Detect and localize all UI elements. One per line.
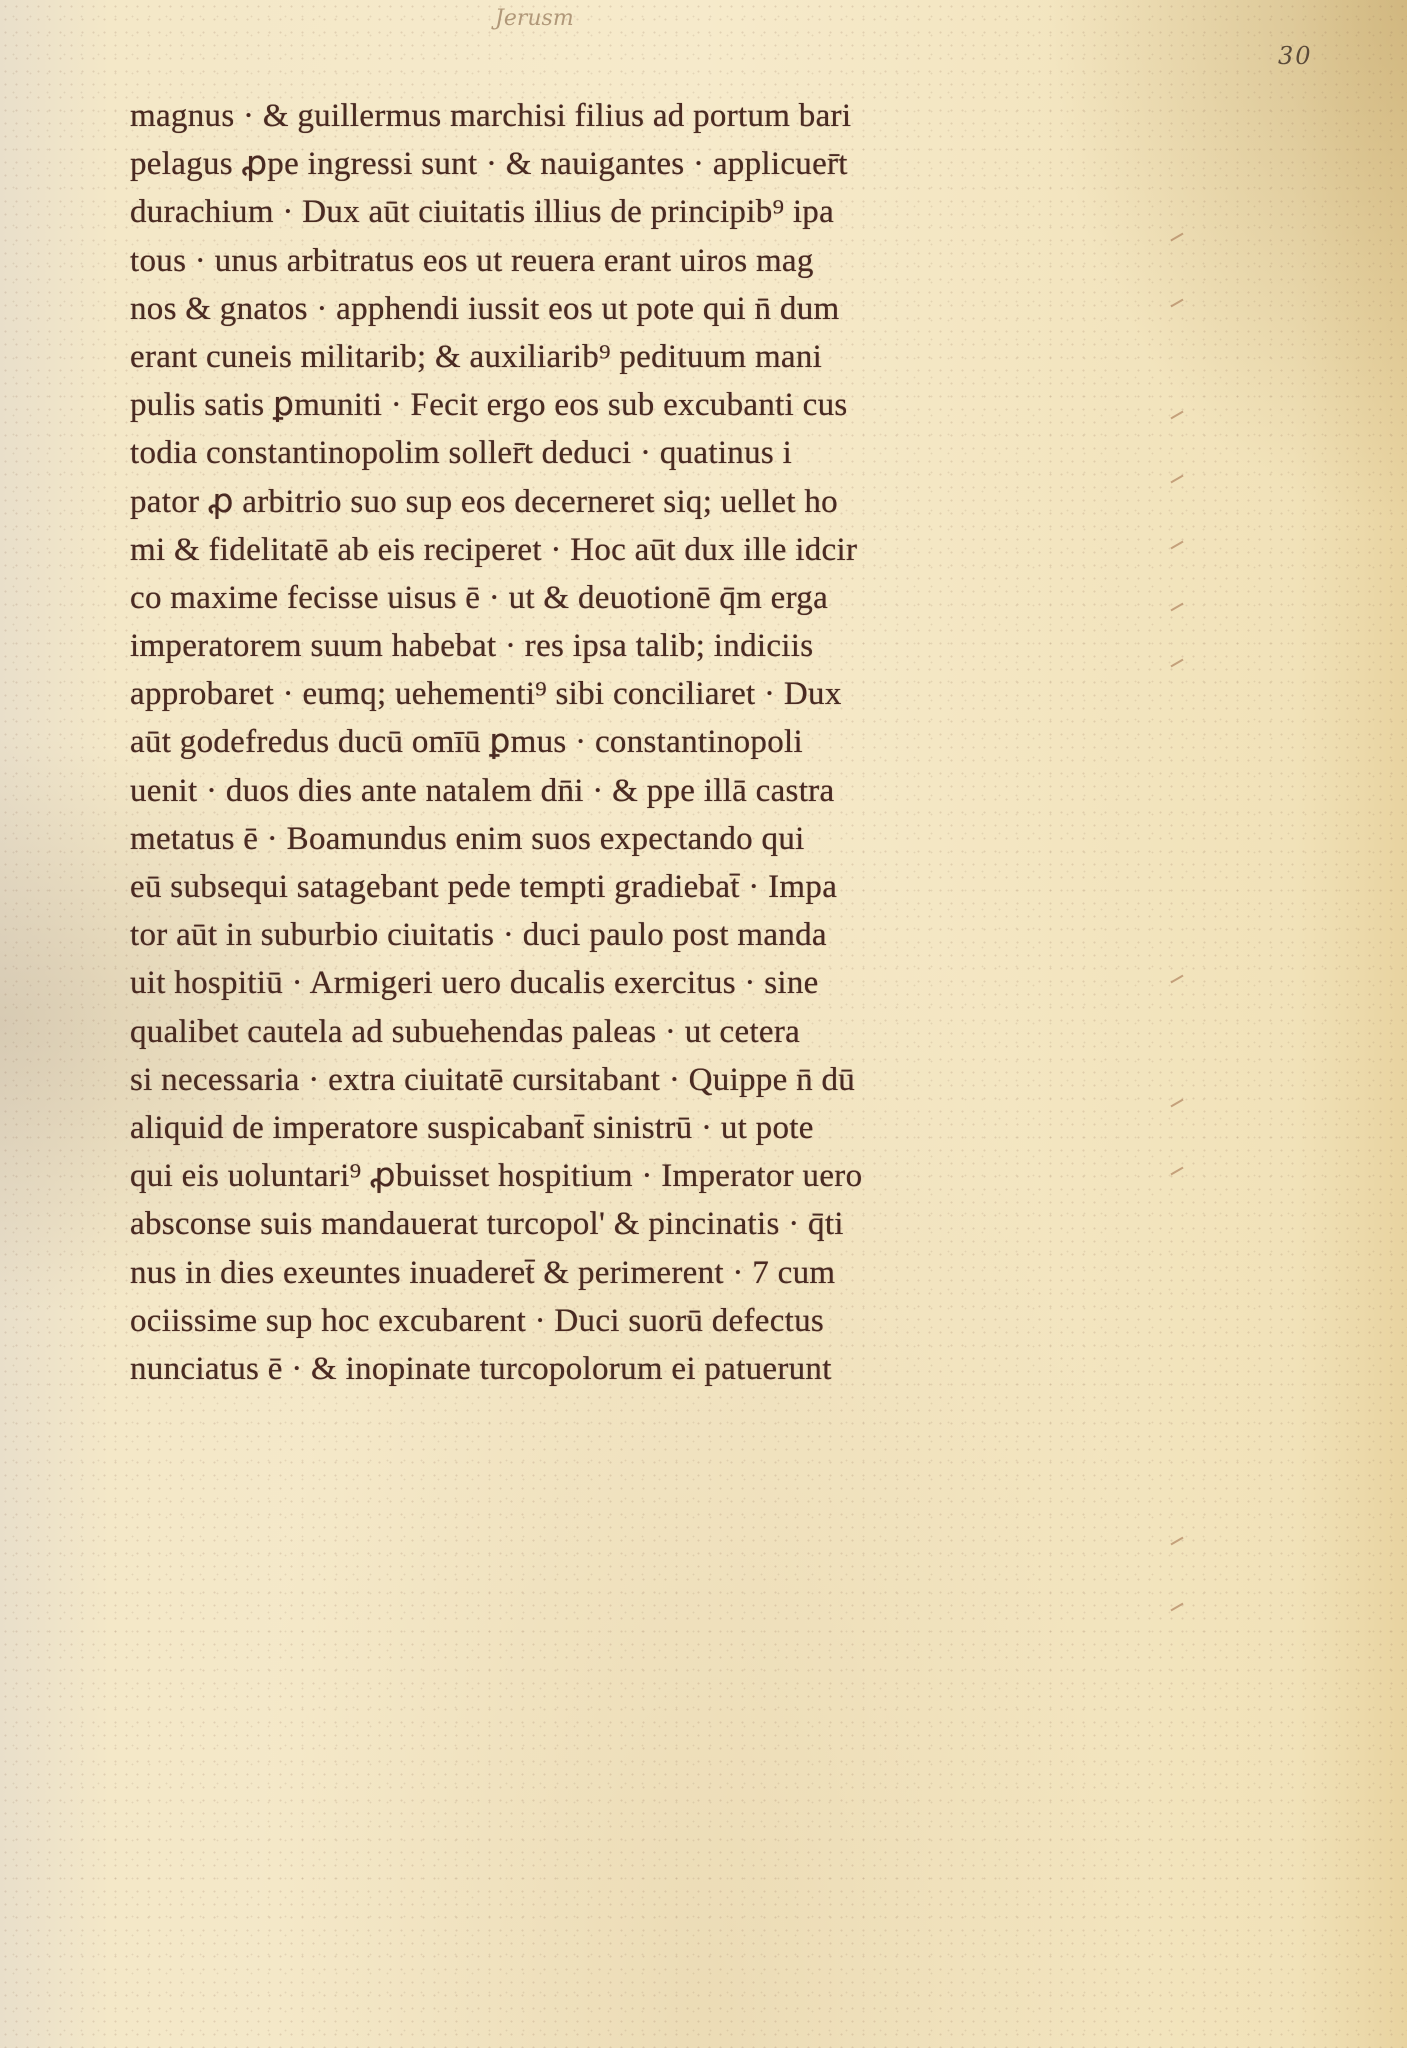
ruling-tick <box>1170 475 1183 484</box>
text-line-26: ociissime sup hoc excubarent · Duci suor… <box>130 1297 1170 1345</box>
ruling-tick <box>1170 233 1183 242</box>
text-line-24: absconse suis mandauerat turcopol' & pin… <box>130 1200 1170 1248</box>
text-line-22: aliquid de imperatore suspicabant̄ sinis… <box>130 1104 1170 1152</box>
text-line-5: nos & gnatos · apphendi iussit eos ut po… <box>130 285 1170 333</box>
text-line-13: approbaret · eumq; uehementi⁹ sibi conci… <box>130 670 1170 718</box>
text-line-14: aūt godefredus ducū omīū ꝑmus · constant… <box>130 718 1170 766</box>
manuscript-page: Jerusm 30 magnus · & guillermus marchisi… <box>0 0 1407 2048</box>
text-line-9: pator ꝓ arbitrio suo sup eos decerneret … <box>130 478 1170 526</box>
text-line-6: erant cuneis militarib; & auxiliarib⁹ pe… <box>130 333 1170 381</box>
ruling-tick <box>1170 1099 1183 1108</box>
text-line-10: mi & fidelitatē ab eis reciperet · Hoc a… <box>130 526 1170 574</box>
ruling-tick <box>1170 1537 1183 1546</box>
text-line-12: imperatorem suum habebat · res ipsa tali… <box>130 622 1170 670</box>
ruling-tick <box>1170 603 1183 612</box>
ruling-tick <box>1170 659 1183 668</box>
ruling-tick <box>1170 975 1183 984</box>
text-line-27: nunciatus ē · & inopinate turcopolorum e… <box>130 1345 1170 1393</box>
text-line-3: durachium · Dux aūt ciuitatis illius de … <box>130 188 1170 236</box>
ruling-tick <box>1170 411 1183 420</box>
text-line-4: tous · unus arbitratus eos ut reuera era… <box>130 237 1170 285</box>
ruling-tick <box>1170 1603 1183 1612</box>
ruling-tick <box>1170 1167 1183 1176</box>
text-line-21: si necessaria · extra ciuitatē cursitaba… <box>130 1056 1170 1104</box>
text-line-16: metatus ē · Boamundus enim suos expectan… <box>130 815 1170 863</box>
text-line-7: pulis satis ꝑmuniti · Fecit ergo eos sub… <box>130 381 1170 429</box>
ruling-tick <box>1170 541 1183 550</box>
ruling-tick <box>1170 299 1183 308</box>
text-line-1: magnus · & guillermus marchisi filius ad… <box>130 92 1170 140</box>
marginal-note: Jerusm <box>495 6 574 31</box>
text-line-17: eū subsequi satagebant pede tempti gradi… <box>130 863 1170 911</box>
text-line-18: tor aūt in suburbio ciuitatis · duci pau… <box>130 911 1170 959</box>
text-line-25: nus in dies exeuntes inuaderet̄ & perime… <box>130 1249 1170 1297</box>
text-block: magnus · & guillermus marchisi filius ad… <box>130 92 1170 1393</box>
text-line-11: co maxime fecisse uisus ē · ut & deuotio… <box>130 574 1170 622</box>
folio-number: 30 <box>1278 42 1313 70</box>
text-line-8: todia constantinopolim soller̄t deduci ·… <box>130 429 1170 477</box>
text-line-23: qui eis uoluntari⁹ ꝓbuisset hospitium · … <box>130 1152 1170 1200</box>
text-line-20: qualibet cautela ad subuehendas paleas ·… <box>130 1008 1170 1056</box>
text-line-19: uit hospitiū · Armigeri uero ducalis exe… <box>130 959 1170 1007</box>
text-line-15: uenit · duos dies ante natalem dn̄i · & … <box>130 767 1170 815</box>
text-line-2: pelagus ꝓpe ingressi sunt · & nauigantes… <box>130 140 1170 188</box>
